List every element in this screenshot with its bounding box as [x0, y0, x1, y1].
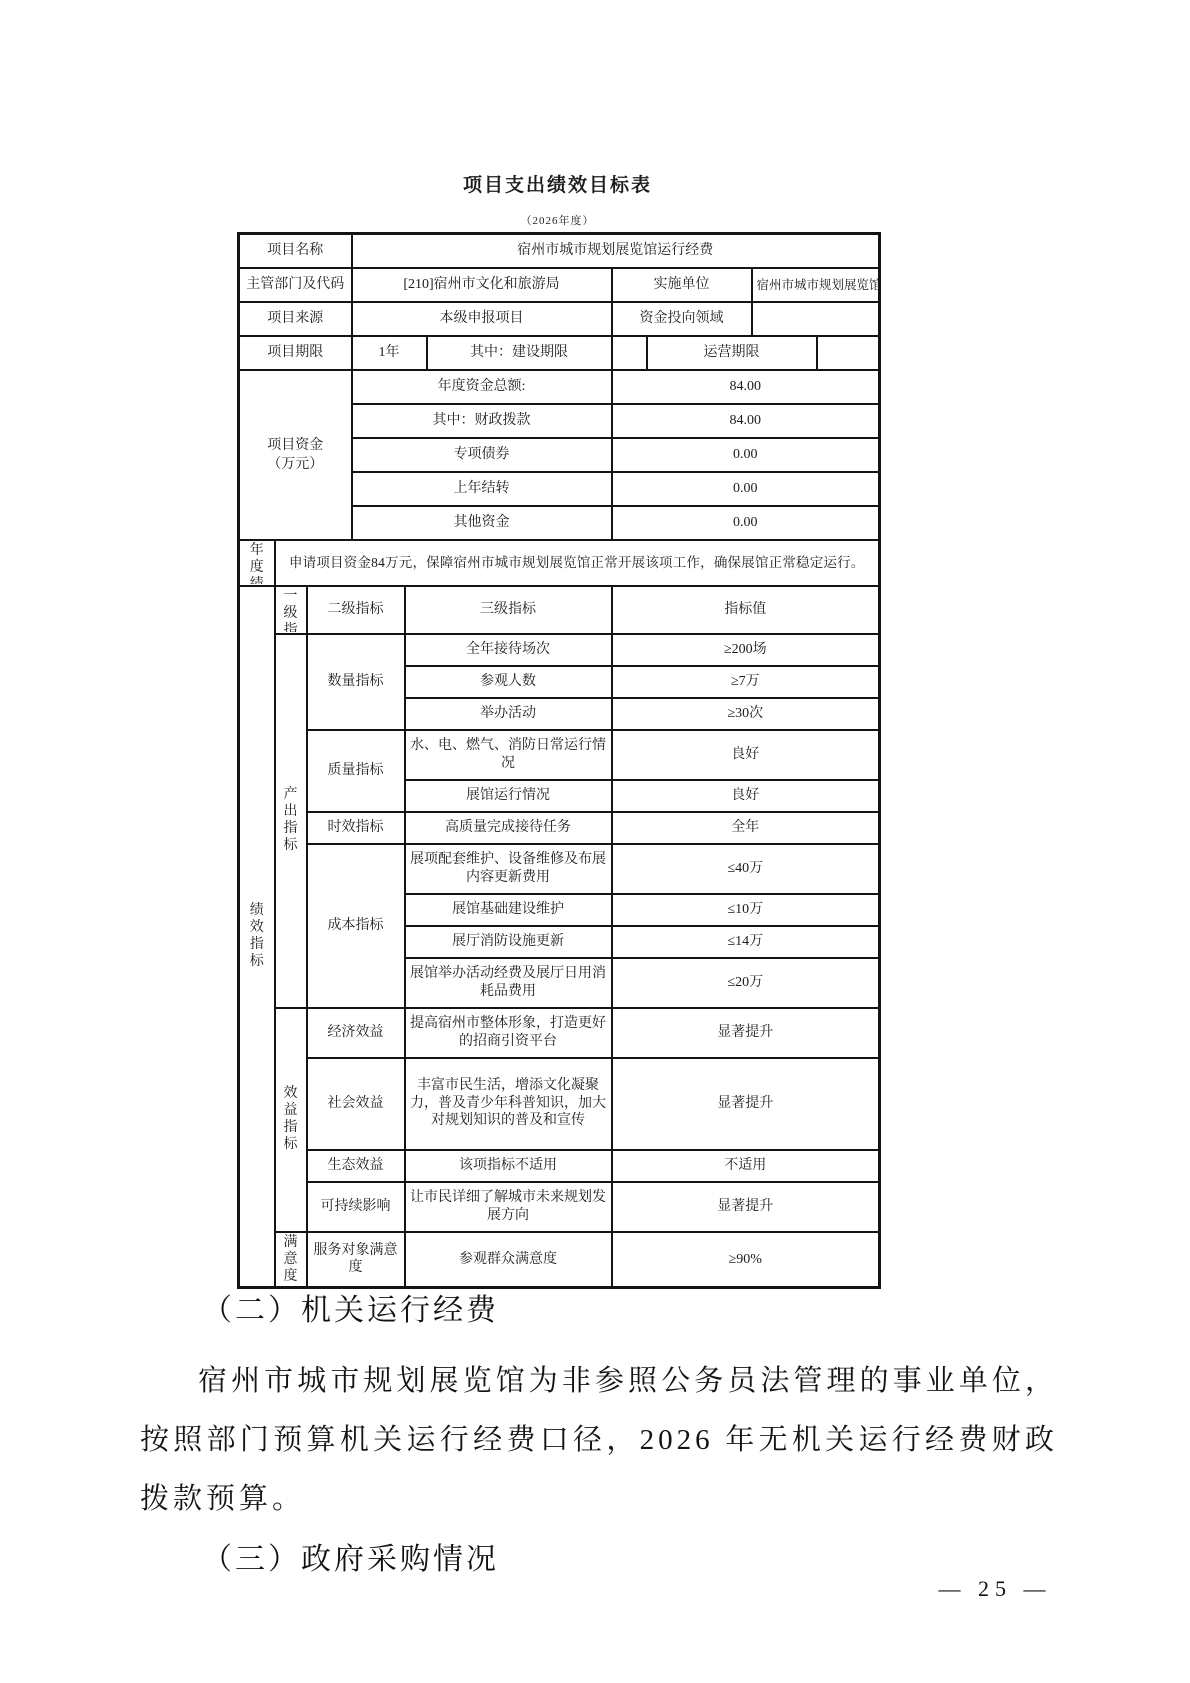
indicator-row: 产出指标 数量指标 全年接待场次 ≥200场 [239, 634, 880, 666]
indicator-l3-cell: 展项配套维护、设备维修及布展内容更新费用 [405, 844, 612, 894]
indicator-l3-cell: 高质量完成接待任务 [405, 812, 612, 844]
invest-field-value [752, 302, 880, 336]
indicator-value-cell: ≤14万 [612, 926, 880, 958]
oper-period-value [817, 336, 880, 370]
paragraph-line: 拨款预算。 [140, 1470, 1058, 1529]
invest-field-label: 资金投向领域 [612, 302, 752, 336]
indicator-row: 生态效益 该项指标不适用 不适用 [239, 1150, 880, 1182]
funding-label-text: 项目资金（万元） [265, 436, 325, 474]
funding-item-value: 0.00 [612, 472, 880, 506]
indicator-value-cell: ≥200场 [612, 634, 880, 666]
header-level2: 二级指标 [307, 586, 405, 634]
indicator-row: 效益指标 经济效益 提高宿州市整体形象，打造更好的招商引资平台 显著提升 [239, 1008, 880, 1058]
header-level1: 一级指标 [275, 586, 307, 634]
level2-cost: 成本指标 [307, 844, 405, 1008]
project-name-value: 宿州市城市规划展览馆运行经费 [352, 234, 880, 268]
row-annual-goal: 年度绩效目标 申请项目资金84万元，保障宿州市城市规划展览馆正常开展该项工作，确… [239, 540, 880, 586]
row-period: 项目期限 1年 其中：建设期限 运营期限 [239, 336, 880, 370]
indicator-value-cell: 不适用 [612, 1150, 880, 1182]
section-heading-2: （二）机关运行经费 [140, 1290, 1058, 1332]
indicator-value-cell: ≥90% [612, 1232, 880, 1288]
period-label: 项目期限 [239, 336, 352, 370]
indicator-l3-cell: 水、电、燃气、消防日常运行情况 [405, 730, 612, 780]
build-period-label: 其中：建设期限 [427, 336, 612, 370]
impl-unit-label: 实施单位 [612, 268, 752, 302]
source-label: 项目来源 [239, 302, 352, 336]
indicator-l3-cell: 展馆基础建设维护 [405, 894, 612, 926]
level1-output-text: 产出指标 [283, 786, 299, 854]
performance-target-table: 项目名称 宿州市城市规划展览馆运行经费 主管部门及代码 [210]宿州市文化和旅… [237, 232, 881, 1289]
level2-sustainability: 可持续影响 [307, 1182, 405, 1232]
indicator-row: 时效指标 高质量完成接待任务 全年 [239, 812, 880, 844]
indicator-value-cell: ≥7万 [612, 666, 880, 698]
funding-item-value: 0.00 [612, 506, 880, 540]
page-title: 项目支出绩效目标表 [237, 170, 878, 197]
level2-timeliness: 时效指标 [307, 812, 405, 844]
perf-left-label: 绩效指标 [239, 586, 275, 1288]
level1-satisfaction-text: 满意度 [283, 1234, 299, 1285]
paragraph: 宿州市城市规划展览馆为非参照公务员法管理的事业单位， 按照部门预算机关运行经费口… [140, 1352, 1058, 1529]
build-period-value [612, 336, 647, 370]
level1-benefit-text: 效益指标 [283, 1085, 299, 1153]
dept-value: [210]宿州市文化和旅游局 [352, 268, 612, 302]
indicator-row: 社会效益 丰富市民生活，增添文化凝聚力，普及青少年科普知识，加大对规划知识的普及… [239, 1058, 880, 1150]
indicator-value-cell: 显著提升 [612, 1182, 880, 1232]
indicator-l3-cell: 展馆运行情况 [405, 780, 612, 812]
funding-item-label: 上年结转 [352, 472, 612, 506]
level1-benefit: 效益指标 [275, 1008, 307, 1232]
body-text: （二）机关运行经费 宿州市城市规划展览馆为非参照公务员法管理的事业单位， 按照部… [140, 1290, 1058, 1581]
indicator-value-cell: ≥30次 [612, 698, 880, 730]
level2-quantity: 数量指标 [307, 634, 405, 730]
paragraph-line: 按照部门预算机关运行经费口径，2026 年无机关运行经费财政 [140, 1411, 1058, 1470]
level1-output: 产出指标 [275, 634, 307, 1008]
indicator-l3-cell: 让市民详细了解城市未来规划发展方向 [405, 1182, 612, 1232]
annual-goal-label: 年度绩效目标 [239, 540, 275, 586]
oper-period-label: 运营期限 [647, 336, 817, 370]
annual-goal-text: 申请项目资金84万元，保障宿州市城市规划展览馆正常开展该项工作，确保展馆正常稳定… [275, 540, 880, 586]
row-indicator-header: 绩效指标 一级指标 二级指标 三级指标 指标值 [239, 586, 880, 634]
indicator-l3-cell: 参观人数 [405, 666, 612, 698]
dept-label: 主管部门及代码 [239, 268, 352, 302]
row-department: 主管部门及代码 [210]宿州市文化和旅游局 实施单位 宿州市城市规划展览馆 [239, 268, 880, 302]
level2-satisfaction: 服务对象满意度 [307, 1232, 405, 1288]
indicator-value-cell: 良好 [612, 780, 880, 812]
header-level1-text: 一级指标 [283, 588, 299, 632]
funding-item-label: 专项债券 [352, 438, 612, 472]
indicator-l3-cell: 展馆举办活动经费及展厅日用消耗品费用 [405, 958, 612, 1008]
source-value: 本级申报项目 [352, 302, 612, 336]
indicator-l3-cell: 全年接待场次 [405, 634, 612, 666]
indicator-row: 可持续影响 让市民详细了解城市未来规划发展方向 显著提升 [239, 1182, 880, 1232]
indicator-l3-cell: 提高宿州市整体形象，打造更好的招商引资平台 [405, 1008, 612, 1058]
period-value: 1年 [352, 336, 427, 370]
indicator-value-cell: 显著提升 [612, 1008, 880, 1058]
funding-item-value: 0.00 [612, 438, 880, 472]
level2-social: 社会效益 [307, 1058, 405, 1150]
header-value: 指标值 [612, 586, 880, 634]
indicator-row: 质量指标 水、电、燃气、消防日常运行情况 良好 [239, 730, 880, 780]
indicator-value-cell: 全年 [612, 812, 880, 844]
funding-item-value: 84.00 [612, 404, 880, 438]
document-page: 项目支出绩效目标表 （2026年度） 项目名称 宿州市城市规划展览馆运行经费 主… [0, 0, 1190, 1683]
page-number: — 25 — [905, 1576, 1085, 1602]
funding-label: 项目资金（万元） [239, 370, 352, 540]
annual-goal-label-text: 年度绩效目标 [249, 542, 265, 584]
indicator-l3-cell: 丰富市民生活，增添文化凝聚力，普及青少年科普知识，加大对规划知识的普及和宣传 [405, 1058, 612, 1150]
indicator-value-cell: ≤10万 [612, 894, 880, 926]
level2-ecological: 生态效益 [307, 1150, 405, 1182]
row-project-name: 项目名称 宿州市城市规划展览馆运行经费 [239, 234, 880, 268]
level1-satisfaction: 满意度 [275, 1232, 307, 1288]
funding-item-value: 84.00 [612, 370, 880, 404]
indicator-value-cell: 显著提升 [612, 1058, 880, 1150]
indicator-value-cell: ≤40万 [612, 844, 880, 894]
funding-item-label: 其中：财政拨款 [352, 404, 612, 438]
indicator-row: 满意度 服务对象满意度 参观群众满意度 ≥90% [239, 1232, 880, 1288]
project-name-label: 项目名称 [239, 234, 352, 268]
perf-left-label-text: 绩效指标 [249, 902, 265, 970]
indicator-value-cell: ≤20万 [612, 958, 880, 1008]
indicator-l3-cell: 参观群众满意度 [405, 1232, 612, 1288]
indicator-l3-cell: 举办活动 [405, 698, 612, 730]
impl-unit-value: 宿州市城市规划展览馆 [752, 268, 880, 302]
indicator-value-cell: 良好 [612, 730, 880, 780]
indicator-row: 成本指标 展项配套维护、设备维修及布展内容更新费用 ≤40万 [239, 844, 880, 894]
level2-economic: 经济效益 [307, 1008, 405, 1058]
level2-quality: 质量指标 [307, 730, 405, 812]
row-funding-total: 项目资金（万元） 年度资金总额: 84.00 [239, 370, 880, 404]
funding-item-label: 年度资金总额: [352, 370, 612, 404]
indicator-l3-cell: 展厅消防设施更新 [405, 926, 612, 958]
funding-item-label: 其他资金 [352, 506, 612, 540]
paragraph-line: 宿州市城市规划展览馆为非参照公务员法管理的事业单位， [140, 1352, 1058, 1411]
section-heading-3: （三）政府采购情况 [140, 1539, 1058, 1581]
header-level3: 三级指标 [405, 586, 612, 634]
row-source: 项目来源 本级申报项目 资金投向领域 [239, 302, 880, 336]
indicator-l3-cell: 该项指标不适用 [405, 1150, 612, 1182]
table-subtitle: （2026年度） [237, 212, 878, 228]
